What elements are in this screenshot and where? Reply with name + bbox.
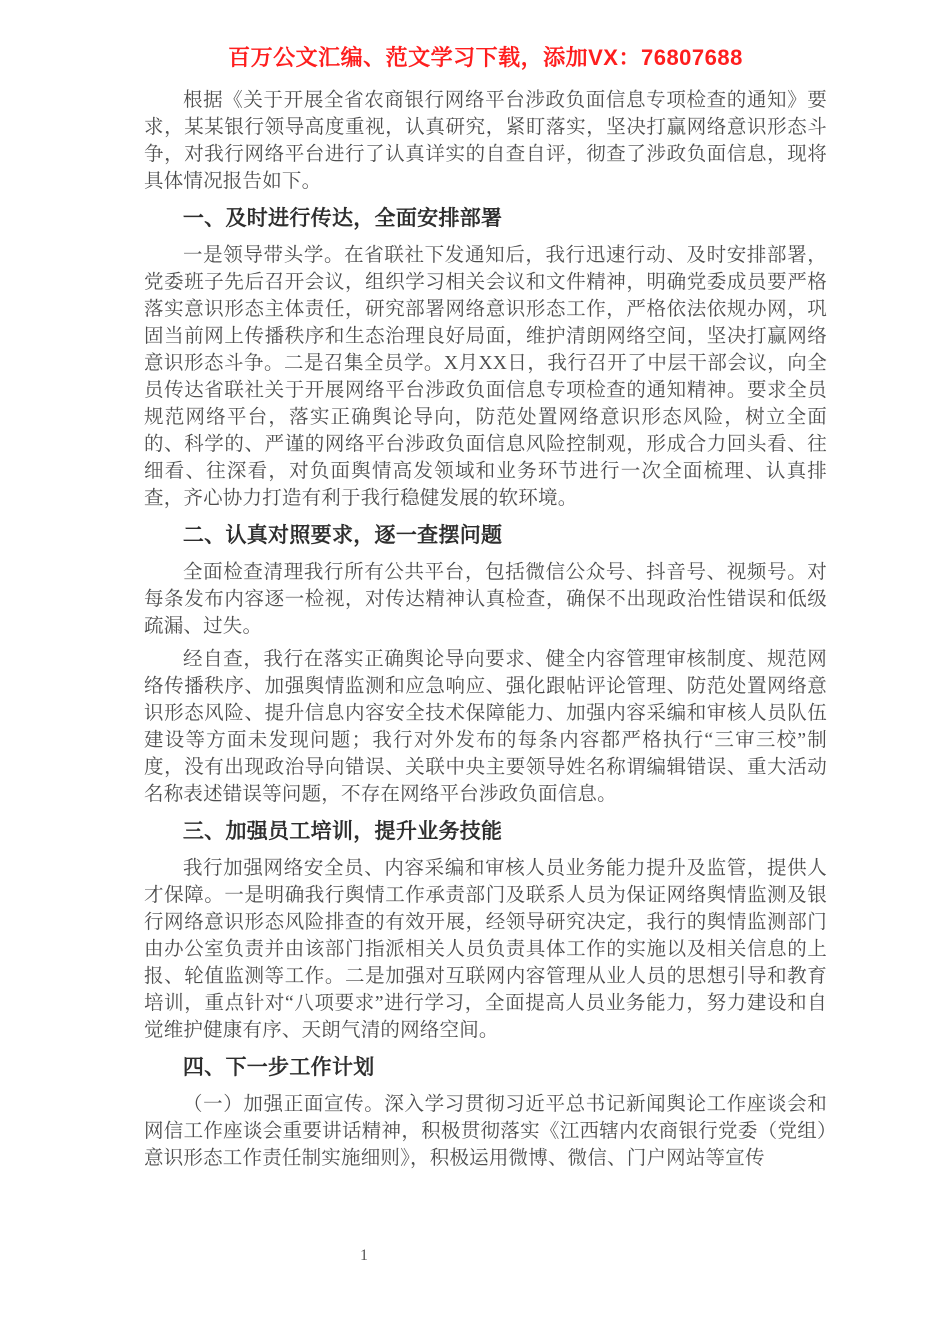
- paragraph-section-4: （一）加强正面宣传。深入学习贯彻习近平总书记新闻舆论工作座谈会和网信工作座谈会重…: [144, 1091, 827, 1172]
- document-body: 根据《关于开展全省农商银行网络平台涉政负面信息专项检查的通知》要求，某某银行领导…: [144, 87, 827, 1172]
- paragraph-section-2b: 经自查，我行在落实正确舆论导向要求、健全内容管理审核制度、规范网络传播秩序、加强…: [144, 646, 827, 808]
- section-heading-3: 三、加强员工培训，提升业务技能: [144, 818, 827, 845]
- paragraph-section-3: 我行加强网络安全员、内容采编和审核人员业务能力提升及监管，提供人才保障。一是明确…: [144, 855, 827, 1044]
- section-heading-1: 一、及时进行传达，全面安排部署: [144, 205, 827, 232]
- paragraph-section-2a: 全面检查清理我行所有公共平台，包括微信公众号、抖音号、视频号。对每条发布内容逐一…: [144, 559, 827, 640]
- paragraph-intro: 根据《关于开展全省农商银行网络平台涉政负面信息专项检查的通知》要求，某某银行领导…: [144, 87, 827, 195]
- promo-banner-text: 百万公文汇编、范文学习下载，添加VX：76807688: [144, 44, 827, 71]
- paragraph-section-1: 一是领导带头学。在省联社下发通知后，我行迅速行动、及时安排部署，党委班子先后召开…: [144, 242, 827, 512]
- section-heading-4: 四、下一步工作计划: [144, 1054, 827, 1081]
- page-number: 1: [352, 1246, 376, 1266]
- section-heading-2: 二、认真对照要求，逐一查摆问题: [144, 522, 827, 549]
- document-page: 百万公文汇编、范文学习下载，添加VX：76807688 根据《关于开展全省农商银…: [0, 0, 950, 1344]
